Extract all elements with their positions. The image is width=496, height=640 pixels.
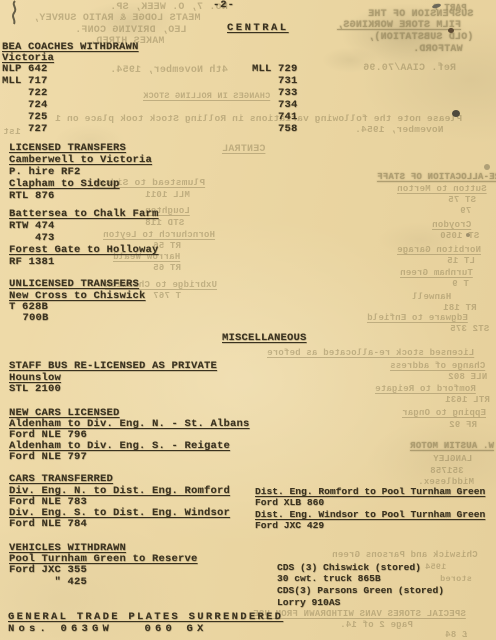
- vehicle-number: MLL 717: [2, 76, 48, 86]
- bleedthrough-line: Ref. CIAA/70.96: [363, 64, 456, 74]
- vehicle-number: 473: [9, 233, 55, 243]
- bleedthrough-line: November, 1954.: [355, 125, 444, 135]
- transfer-route: Div. Eng. S. to Dist. Eng. Windsor: [9, 508, 230, 518]
- vehicle-number: 733: [252, 88, 298, 98]
- section-title-cars-transferred: CARS TRANSFERRED: [9, 474, 113, 484]
- stored-vehicle-note: 30 cwt. truck 865B: [277, 574, 381, 584]
- vehicle-number: 758: [252, 124, 298, 134]
- bleedthrough-line: Turnham Green: [400, 268, 473, 278]
- bleedthrough-line: Licensed stock re-allocated as before: [267, 348, 474, 358]
- section-title-licensed-transfers: LICENSED TRANSFERS: [9, 143, 126, 153]
- section-title-bea-coaches-withdrawn: BEA COACHES WITHDRAWN: [2, 42, 139, 52]
- bleedthrough-line: MEATS LODGE & RATIO SURVEY,: [33, 14, 200, 24]
- bleedthrough-line: RF 92: [449, 420, 477, 430]
- vehicle-number: 724: [2, 100, 48, 110]
- ink-speck: [484, 164, 490, 170]
- bleedthrough-line: Epping to Ongar: [402, 408, 486, 418]
- page-number: -2-: [213, 0, 235, 10]
- vehicle-number: Ford JXC 355: [9, 565, 87, 575]
- vehicle-number: Ford NLE 797: [9, 452, 87, 462]
- bleedthrough-line: stored: [440, 574, 472, 584]
- bleedthrough-line: Change of address: [390, 361, 485, 371]
- bleedthrough-line: No. 7, O. WEEK, SP.: [110, 3, 228, 13]
- vehicle-number: MLL 729: [252, 64, 298, 74]
- vehicle-number: RF 1381: [9, 257, 55, 267]
- bleedthrough-line: W. AUSTIN MOTOR: [410, 441, 494, 451]
- bleedthrough-line: SPECIAL STORES VANS WITHDRAWN FROM USE: [253, 609, 466, 619]
- ink-speck: [448, 28, 454, 33]
- bleedthrough-line: ST 75: [448, 195, 476, 205]
- vehicle-number: 722: [2, 88, 48, 98]
- bleedthrough-line: SUSPENSION OF THE: [368, 10, 473, 20]
- bleedthrough-line: Hornchurch to Leyton: [103, 230, 215, 240]
- bleedthrough-line: Hanwell: [412, 292, 451, 302]
- vehicle-number: 734: [252, 100, 298, 110]
- vehicle-number: Ford NLE 784: [9, 519, 87, 529]
- vehicle-number: NLP 642: [2, 64, 48, 74]
- bleedthrough-line: Edgware to Enfield: [367, 313, 468, 323]
- bleedthrough-line: (OLD SUBSTATION),: [368, 33, 473, 43]
- section-title-vehicles-withdrawn: VEHICLES WITHDRAWN: [9, 543, 126, 553]
- transfer-route: Hounslow: [9, 373, 61, 383]
- transfer-route: Pool Turnham Green to Reserve: [9, 554, 198, 564]
- bleedthrough-line: 4th November, 1954.: [110, 66, 228, 76]
- bleedthrough-line: ST2 375: [450, 324, 489, 334]
- bleedthrough-line: RE-ALLOCATION OF STAFF: [377, 172, 496, 182]
- bleedthrough-line: 1954: [425, 562, 446, 572]
- transfer-route: Dist. Eng. Romford to Pool Turnham Green: [255, 487, 485, 497]
- bleedthrough-line: LEO, DRIVING CONF.: [75, 26, 187, 36]
- vehicle-number: 725: [2, 112, 48, 122]
- bleedthrough-line: MLL 1011: [145, 190, 190, 200]
- transfer-route: Aldenham to Div. Eng. N. - St. Albans: [9, 419, 250, 429]
- transfer-route: Clapham to Sidcup: [9, 179, 120, 189]
- vehicle-number: 741: [252, 112, 298, 122]
- stored-vehicle-note: CDS(3) Parsons Green (stored): [277, 586, 444, 596]
- transfer-route: New Cross to Chiswick: [9, 291, 146, 301]
- vehicle-number: 731: [252, 76, 298, 86]
- bleedthrough-line: NLE 802: [448, 372, 487, 382]
- vehicle-number: Ford XLB 860: [255, 498, 324, 508]
- bleedthrough-line: FILM STORE WORKINGS,: [337, 21, 461, 31]
- heading-miscellaneous: MISCELLANEOUS: [222, 333, 307, 343]
- section-title-unlicensed-transfers: UNLICENSED TRANSFERS: [9, 279, 139, 289]
- bleedthrough-line: 79: [460, 206, 471, 216]
- vehicle-number: Ford NLE 783: [9, 497, 87, 507]
- bleedthrough-line: CENTRAL: [222, 145, 265, 155]
- ink-mark: [8, 0, 24, 26]
- trade-plate-numbers: Nos. 063GW 060 GX: [8, 624, 208, 634]
- vehicle-number: P. hire RF2: [9, 167, 81, 177]
- transfer-route: Div. Eng. N. to Dist. Eng. Romford: [9, 486, 230, 496]
- vehicle-number: RTL 876: [9, 191, 55, 201]
- vehicle-number: T 628B: [9, 302, 48, 312]
- bleedthrough-line: RT 65: [153, 263, 181, 273]
- bleedthrough-line: Romford to Reigate: [375, 384, 476, 394]
- bleedthrough-line: Page 2 of 14.: [340, 620, 413, 630]
- bleedthrough-line: LT 15: [447, 256, 475, 266]
- bleedthrough-line: Chiswick and Parsons Green: [332, 550, 478, 560]
- bleedthrough-line: T 9: [452, 279, 469, 289]
- vehicle-number: STL 2100: [9, 384, 61, 394]
- vehicle-number: Ford JXC 429: [255, 521, 324, 531]
- bleedthrough-line: Norbiton Garage: [397, 245, 481, 255]
- vehicle-number: " 425: [9, 577, 87, 587]
- vehicle-number: 727: [2, 124, 48, 134]
- ink-speck: [452, 110, 460, 117]
- bleedthrough-line: LANGLEY: [433, 454, 472, 464]
- bleedthrough-line: Croydon: [432, 220, 471, 230]
- bleedthrough-line: ST 1050: [440, 231, 479, 241]
- bleedthrough-line: WATFORD.: [413, 45, 463, 55]
- vehicle-number: Ford NLE 796: [9, 430, 87, 440]
- bleedthrough-line: Sutton to Merton: [397, 184, 487, 194]
- transfer-route: Battersea to Chalk Farm: [9, 209, 159, 219]
- transfer-route: Forest Gate to Holloway: [9, 245, 159, 255]
- section-title-new-cars-licensed: NEW CARS LICENSED: [9, 408, 120, 418]
- heading-central: CENTRAL: [227, 23, 289, 33]
- transfer-route: Aldenham to Div. Eng. S. - Reigate: [9, 441, 230, 451]
- stored-vehicle-note: CDS (3) Chiswick (stored): [277, 563, 421, 573]
- section-title-staff-bus: STAFF BUS RE-LICENSED AS PRIVATE: [9, 361, 217, 371]
- bleedthrough-line: 351758: [430, 466, 464, 476]
- vehicle-number: RTW 474: [9, 221, 55, 231]
- section-title-trade-plates: GENERAL TRADE PLATES SURRENDERED: [8, 612, 283, 622]
- stored-vehicle-note: Lorry 910AS: [277, 598, 340, 608]
- vehicle-number: 700B: [16, 313, 49, 323]
- transfer-route: Camberwell to Victoria: [9, 155, 152, 165]
- bleedthrough-line: £ 84: [445, 630, 467, 640]
- ink-speck: [466, 233, 470, 237]
- transfer-route: Dist. Eng. Windsor to Pool Turnham Green: [255, 510, 485, 520]
- bleedthrough-line: RTL 1631: [445, 395, 490, 405]
- bleedthrough-line: RT 181: [443, 303, 477, 313]
- bea-location-victoria: Victoria: [2, 53, 54, 63]
- scanned-document-page: No. 7, O. WEEK, SP.MEATS LODGE & RATIO S…: [0, 0, 496, 640]
- bleedthrough-line: T 767: [153, 291, 181, 301]
